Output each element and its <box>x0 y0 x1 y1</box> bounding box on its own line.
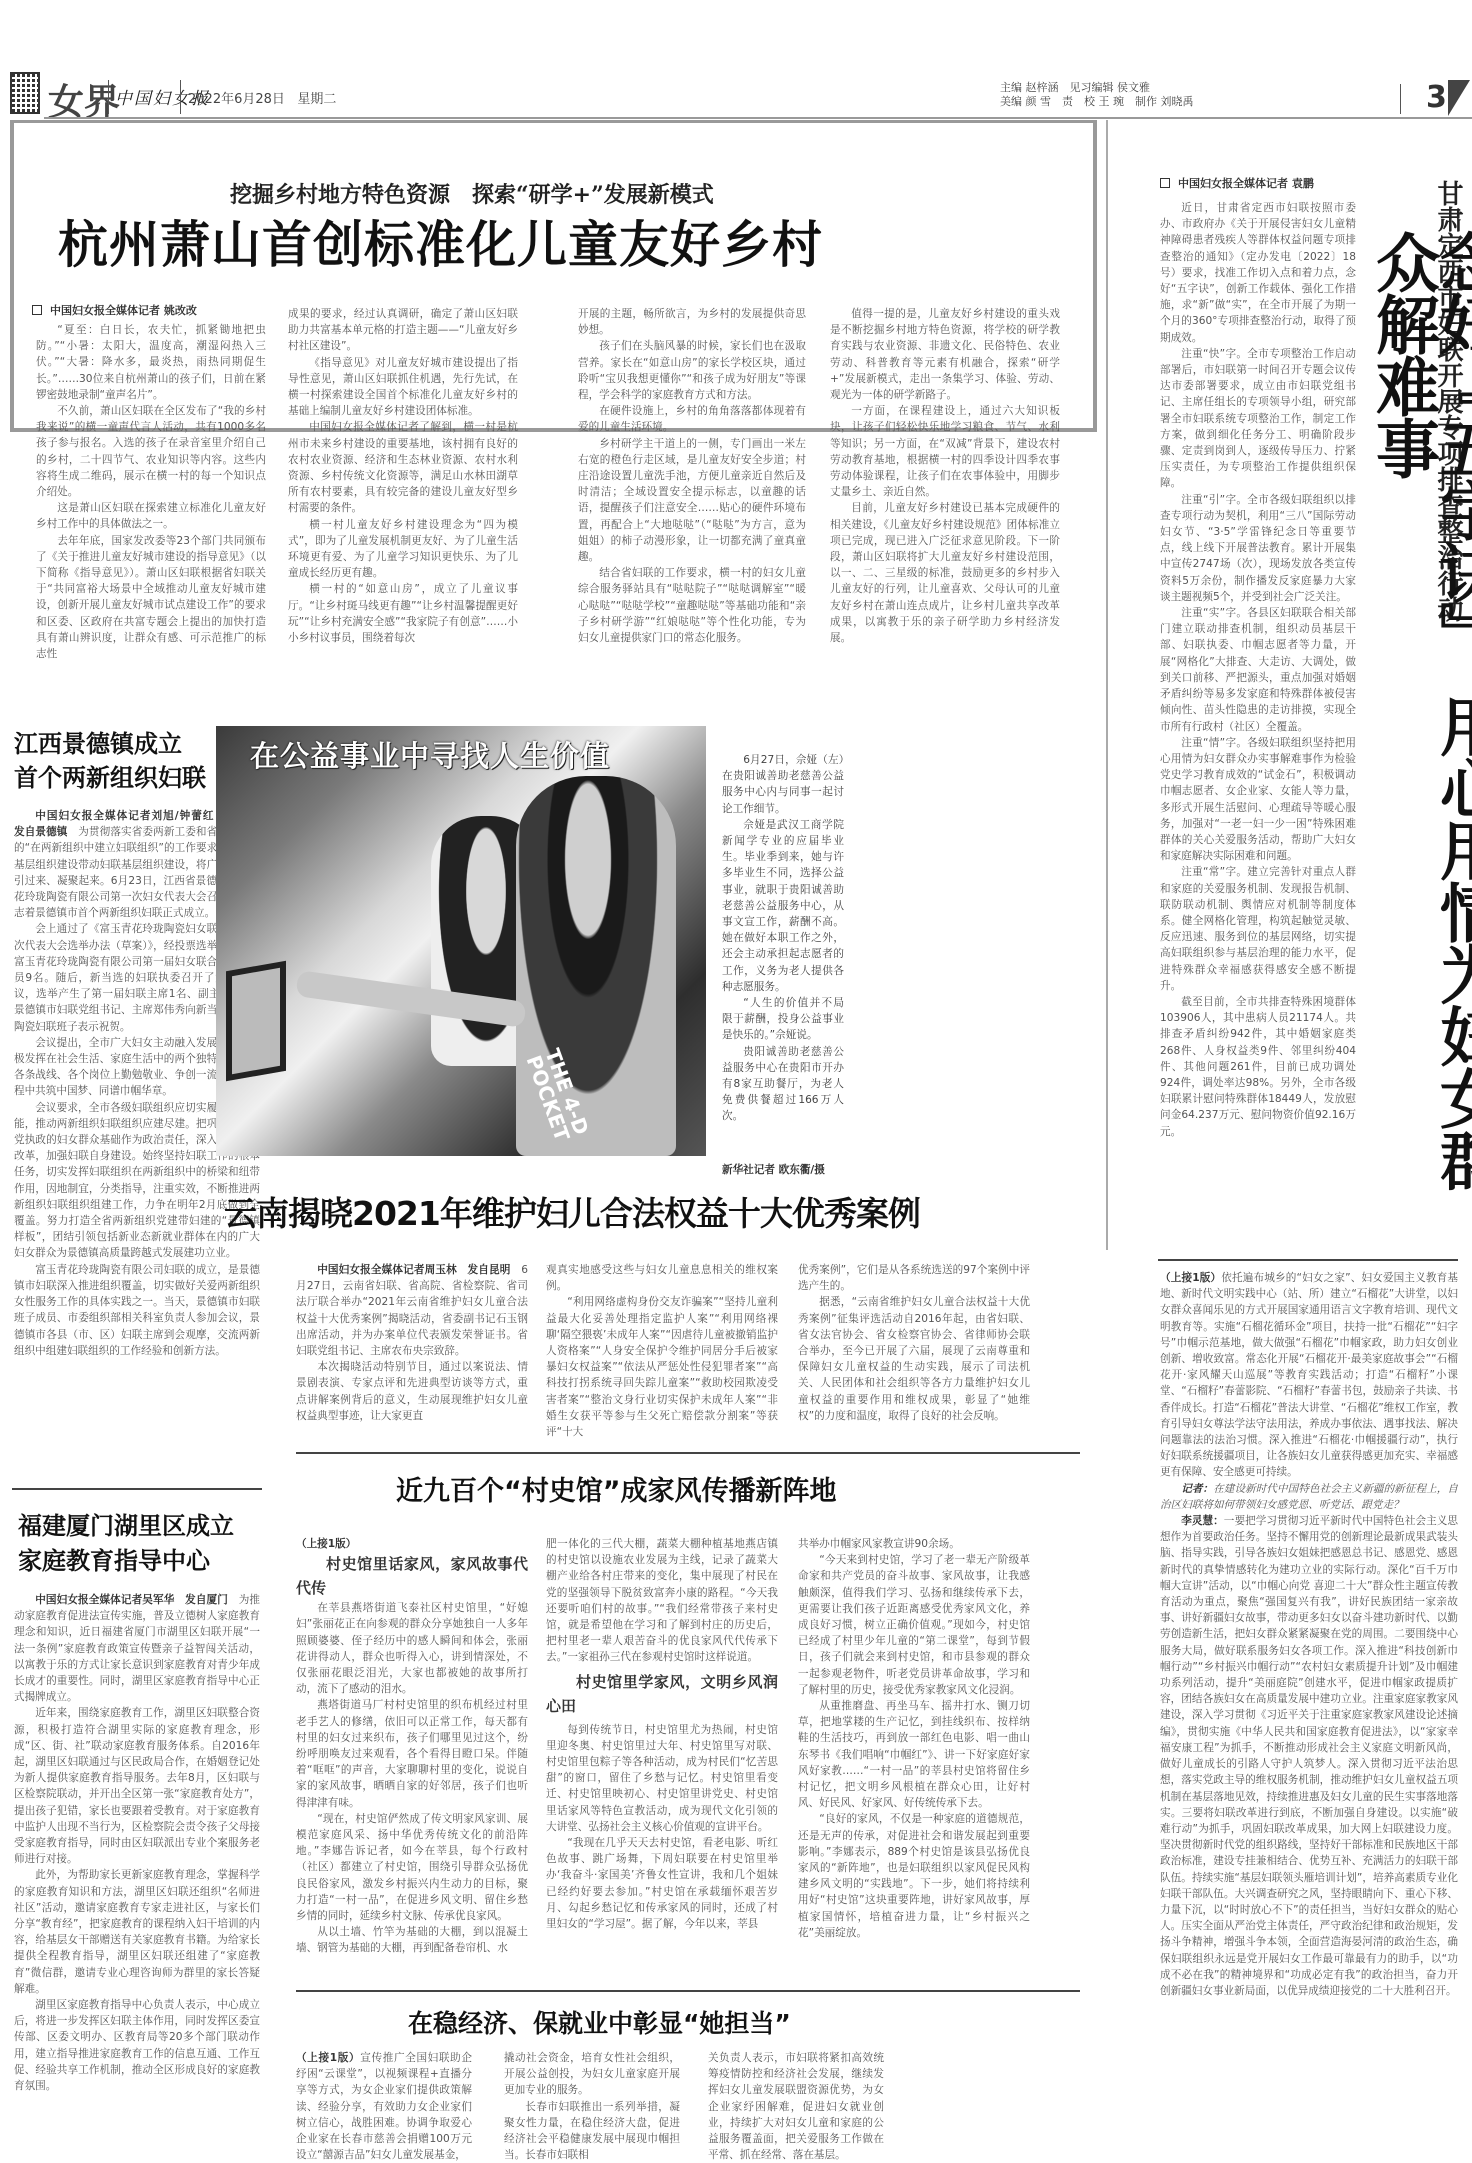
paragraph: 目前，儿童友好乡村建设已基本完成硬件的相关建设，《儿童友好乡村建设规范》团体标准… <box>830 500 1060 646</box>
section-divider <box>12 1488 262 1490</box>
continued-label: （上接1版） <box>296 1536 528 1552</box>
question-label: 记者： <box>1181 1483 1213 1495</box>
credits-line-2: 美编 颜 雪 责 校 王 琬 制作 刘晓禹 <box>1000 95 1193 109</box>
issue-date: 2022年6月28日 星期二 <box>188 88 336 107</box>
paragraph: 这是萧山区妇联在探索建立标准化儿童友好乡村工作中的具体做法之一。 <box>36 500 266 532</box>
paragraph: 《指导意见》对儿童友好城市建设提出了指导性意见，萧山区妇联抓住机遇，先行先试，在… <box>288 355 518 420</box>
photo-credit: 新华社记者 欧东衢/摄 <box>722 1162 825 1178</box>
village-headline: 近九百个“村史馆”成家风传播新阵地 <box>396 1476 837 1508</box>
paragraph: 宣传推广全国妇联助企纾困“云课堂”，以视频课程+直播分享等方式，为女企业家们提供… <box>296 2052 472 2161</box>
masthead-rule <box>44 117 1472 119</box>
paragraph: 湖里区家庭教育指导中心负责人表示，中心成立后，将进一步发挥区妇联主体作用，同时发… <box>14 1997 260 2094</box>
yunnan-headline: 云南揭晓2021年维护妇儿合法权益十大优秀案例 <box>224 1188 920 1235</box>
paragraph: 一方面，在课程建设上，通过六大知识板块，让孩子们轻松快乐地学习粮食、节气、水利等… <box>830 403 1060 500</box>
masthead-divider <box>1400 84 1401 114</box>
top-article-col-3: 开展的主题，畅所欲言，为乡村的发展提供奇思妙想。 孩子们在头脑风暴的时候，家长们… <box>578 306 806 646</box>
changchun-headline: 在稳经济、保就业中彰显“她担当” <box>408 2008 791 2040</box>
village-col-2: 肥一体化的三代大棚，蔬菜大棚种植基地燕店镇的村史馆以设施农业发展为主线，记录了蔬… <box>546 1536 778 1932</box>
top-article-col-4: 值得一提的是，儿童友好乡村建设的重头戏是不断挖掘乡村地方特色资源，将学校的研学教… <box>830 306 1060 646</box>
section-divider <box>296 1452 1080 1454</box>
byline-box-icon <box>1160 178 1170 188</box>
paragraph: 佘娅是武汉工商学院新闻学专业的应届毕业生。毕业季到来，她与许多毕业生不同，选择公… <box>722 817 844 995</box>
paragraph: 长春市妇联推出一系列举措，凝聚女性力量，在稳住经济大盘，促进经济社会平稳健康发展… <box>504 2099 680 2163</box>
yunnan-col-1: 中国妇女报全媒体记者周玉林 发自昆明 6月27日，云南省妇联、省高院、省检察院、… <box>296 1262 528 1424</box>
paragraph: 从以土墙、竹竿为基础的大棚，到以混凝土墙、钢管为基础的大棚，再到配备卷帘机、水 <box>296 1924 528 1956</box>
paragraph: “良好的家风，不仅是一种家庭的道德规范，还是无声的传承，对促进社会和谐发展起到重… <box>798 1811 1030 1941</box>
fujian-article-body: 中国妇女报全媒体记者吴军华 发自厦门 为推动家庭教育促进法宣传实施，普及立德树人… <box>14 1592 260 2094</box>
paragraph: 此外，为帮助家长更新家庭教育理念，掌握科学的家庭教育知识和方法，湖里区妇联还组织… <box>14 1867 260 1997</box>
paragraph: 据悉，“云南省维护妇女儿童合法权益十大优秀案例”征集评选活动自2016年起，由省… <box>798 1294 1030 1424</box>
fujian-headline-line1: 福建厦门湖里区成立 <box>18 1510 234 1542</box>
paragraph: 富玉青花玲珑陶瓷有限公司妇联的成立，是景德镇市妇联深入推进组织覆盖，切实做好关爱… <box>14 1262 260 1359</box>
masthead-divider <box>108 80 109 114</box>
village-col-1: （上接1版） 村史馆里话家风，家风故事代代传 在莘县燕塔街道飞泰社区村史馆里，“… <box>296 1536 528 1957</box>
yunnan-lead: 中国妇女报全媒体记者周玉林 发自昆明 <box>317 1264 510 1276</box>
editor-credits: 主编 赵梓涵 见习编辑 侯文雅 美编 颜 雪 责 校 王 琬 制作 刘晓禹 <box>1000 81 1193 109</box>
paragraph: 关负责人表示，市妇联将紧扣高效统筹疫情防控和经济社会发展，继续发挥妇女儿童发展联… <box>708 2050 884 2163</box>
paragraph: “我现在几乎天天去村史馆，看老电影、听红色故事、跳广场舞，下周妇联要在村史馆里举… <box>546 1835 778 1932</box>
continued-label: （上接1版） <box>1160 1272 1221 1284</box>
right-article-headline: 念好『五字诀』，用心用情为妇女群众解难事 <box>1370 230 1472 1230</box>
paragraph: 注重“情”字。各级妇联组织坚持把用心用情为妇女群众办实事解难事作为检验党史学习教… <box>1160 735 1356 865</box>
byline-text: 中国妇女报全媒体记者 姚改改 <box>50 304 197 317</box>
answer-label: 李灵慧： <box>1181 1515 1224 1527</box>
village-subhead-1: 村史馆里话家风，家风故事代代传 <box>296 1552 528 1600</box>
jiangxi-headline-line1: 江西景德镇成立 <box>14 728 182 760</box>
paragraph: 值得一提的是，儿童友好乡村建设的重头戏是不断挖掘乡村地方特色资源，将学校的研学教… <box>830 306 1060 403</box>
continued-label: （上接1版） <box>296 2052 360 2064</box>
jiangxi-headline-line2: 首个两新组织妇联 <box>14 762 206 794</box>
qr-code-icon <box>10 72 40 114</box>
weekday-text: 星期二 <box>297 92 336 107</box>
top-article-col-1: “夏至：白日长，农夫忙，抓紧锄地把虫防。”“小暑：太阳大，温度高，潮湿闷热入三伏… <box>36 322 266 662</box>
photo-title: 在公益事业中寻找人生价值 <box>250 734 610 775</box>
top-article-headline: 杭州萧山首创标准化儿童友好乡村 <box>58 205 823 277</box>
paragraph: 每到传统节日，村史馆里尤为热闹，村史馆里迎冬奥、村史馆里过大年、村史馆里写对联、… <box>546 1722 778 1835</box>
paragraph: “现在，村史馆俨然成了传文明家风家训、展模范家庭风采、扬中华优秀传统文化的前沿阵… <box>296 1811 528 1924</box>
news-photo: THE 4-D POCKET 在公益事业中寻找人生价值 <box>216 726 706 1156</box>
paragraph: 本次揭晓活动特别节目，通过以案说法、情景剧表演、专家点评和先进典型访谈等方式，重… <box>296 1359 528 1424</box>
xinjiang-continued-body: （上接1版）依托遍布城乡的“妇女之家”、妇女爱国主义教育基地、新时代文明实践中心… <box>1160 1270 1458 1999</box>
byline-text: 中国妇女报全媒体记者 袁鹏 <box>1178 177 1314 190</box>
fujian-headline-line2: 家庭教育指导中心 <box>18 1545 210 1577</box>
paragraph: 不久前，萧山区妇联在全区发布了“我的乡村我来说”的横一童声代言人活动，共有100… <box>36 403 266 500</box>
paragraph: 近日，甘肃省定西市妇联按照市委办、市政府办《关于开展侵害妇女儿童精神障碍患者残疾… <box>1160 200 1356 346</box>
photo-picture-frame <box>226 961 286 1082</box>
paragraph: “人生的价值并不局限于薪酬，投身公益事业是快乐的。”佘娅说。 <box>722 995 844 1044</box>
top-article-byline: 中国妇女报全媒体记者 姚改改 <box>32 302 197 318</box>
paragraph: 注重“引”字。全市各级妇联组织以排查专项行动为契机，利用“三八”国际劳动妇女节、… <box>1160 492 1356 605</box>
credits-line-1: 主编 赵梓涵 见习编辑 侯文雅 <box>1000 81 1193 95</box>
section-divider <box>1158 1259 1458 1261</box>
paragraph: 近年来，围绕家庭教育工作，湖里区妇联整合资源，积极打造符合湖里实际的家庭教育理念… <box>14 1705 260 1867</box>
section-divider <box>296 1990 1080 1992</box>
paragraph: 注重“常”字。建立完善针对重点人群和家庭的关爱服务机制、发现报告机制、联防联动机… <box>1160 864 1356 994</box>
paragraph: 在莘县燕塔街道飞泰社区村史馆里，“好媳妇”张丽花正在向参观的群众分享她独自一人多… <box>296 1600 528 1697</box>
masthead-divider <box>180 80 181 114</box>
byline-box-icon <box>32 305 42 315</box>
yunnan-col-2: 观真实地感受这些与妇女儿童息息相关的维权案例。 “利用网络虚构身份交友诈骗案”“… <box>546 1262 778 1440</box>
paragraph: 成果的要求，经过认真调研，确定了萧山区妇联助力共富基本单元格的打造主题——“儿童… <box>288 306 518 355</box>
right-column-rule <box>1106 120 1108 1250</box>
paragraph: 结合省妇联的工作要求，横一村的妇女儿童综合服务驿站具有“哒哒院子”“哒哒调解室”… <box>578 565 806 646</box>
paragraph: 注重“快”字。全市专项整治工作启动部署后，市妇联第一时间召开专题会议传达市委部署… <box>1160 346 1356 492</box>
paragraph: 6月27日，佘娅（左）在贵阳诚善助老慈善公益服务中心内与同事一起讨论工作细节。 <box>722 752 844 817</box>
changchun-col-3: 关负责人表示，市妇联将紧扣高效统筹疫情防控和经济社会发展，继续发挥妇女儿童发展联… <box>708 2050 884 2163</box>
paragraph: 共举办巾帼家风家教宣讲90余场。 <box>798 1536 1030 1552</box>
yunnan-col-3: 优秀案例”，它们是从各系统选送的97个案例中评选产生的。 据悉，“云南省维护妇女… <box>798 1262 1030 1424</box>
paragraph: 依托遍布城乡的“妇女之家”、妇女爱国主义教育基地、新时代文明实践中心（站、所）建… <box>1160 1272 1458 1478</box>
page-number: 3 <box>1426 80 1447 115</box>
changchun-col-1: （上接1版）宣传推广全国妇联助企纾困“云课堂”，以视频课程+直播分享等方式，为女… <box>296 2050 472 2163</box>
changchun-col-2: 撬动社会资金，培育女性社会组织，开展公益创投，为妇女儿童家庭开展更加专业的服务。… <box>504 2050 680 2163</box>
right-article-byline: 中国妇女报全媒体记者 袁鹏 <box>1160 175 1314 191</box>
paragraph: “夏至：白日长，农夫忙，抓紧锄地把虫防。”“小暑：太阳大，温度高，潮湿闷热入三伏… <box>36 322 266 403</box>
photo-caption: 6月27日，佘娅（左）在贵阳诚善助老慈善公益服务中心内与同事一起讨论工作细节。 … <box>722 752 844 1125</box>
paragraph: 从重推磨盘、再坐马车、摇井打水、铡刀切草，把地掌耧的生产记忆，到挂线织布、按样纳… <box>798 1698 1030 1811</box>
answer-text: 一要把学习贯彻习近平新时代中国特色社会主义思想作为首要政治任务。坚持不懈用党的创… <box>1160 1515 1458 1997</box>
fujian-lead: 中国妇女报全媒体记者吴军华 发自厦门 <box>35 1594 228 1606</box>
paragraph: 乡村研学主干道上的一侧，专门画出一米左右宽的橙色行走区域，是儿童友好安全步道；村… <box>578 436 806 566</box>
paragraph: 在硬件设施上，乡村的角角落落都体现着有爱的儿童生活环境。 <box>578 403 806 435</box>
paragraph: “利用网络虚构身份交友诈骗案”“坚持儿童利益最大化妥善处理指定监护人案”“利用网… <box>546 1294 778 1440</box>
paragraph: 贵阳诚善助老慈善公益服务中心在贵阳市开办有8家互助餐厅，为老人免费供餐超过166… <box>722 1044 844 1125</box>
village-col-3: 共举办巾帼家风家教宣讲90余场。 “今天来到村史馆，学习了老一辈无产阶级革命家和… <box>798 1536 1030 1941</box>
paragraph: 撬动社会资金，培育女性社会组织，开展公益创投，为妇女儿童家庭开展更加专业的服务。 <box>504 2050 680 2099</box>
paragraph: 为推动家庭教育促进法宣传实施，普及立德树人家庭教育理念和知识，近日福建省厦门市湖… <box>14 1594 260 1703</box>
paragraph: 横一村的“如意山房”，成立了儿童议事厅。“让乡村斑马线更有趣”“让乡村温馨提醒更… <box>288 581 518 646</box>
page-corner-triangle-icon <box>1448 80 1470 116</box>
paragraph: 注重“实”字。各县区妇联联合相关部门建立联动排查机制，组织动员基层干部、妇联执委… <box>1160 605 1356 735</box>
right-article-body: 近日，甘肃省定西市妇联按照市委办、市政府办《关于开展侵害妇女儿童精神障碍患者残疾… <box>1160 200 1356 1140</box>
village-subhead-2: 村史馆里学家风，文明乡风润心田 <box>546 1670 778 1718</box>
paragraph: 开展的主题，畅所欲言，为乡村的发展提供奇思妙想。 <box>578 306 806 338</box>
paragraph: 去年年底，国家发改委等23个部门共同颁布了《关于推进儿童友好城市建设的指导意见》… <box>36 533 266 663</box>
paragraph: 横一村儿童友好乡村建设理念为“四为模式”，即为了儿童发展机制更友好、为了儿童生活… <box>288 517 518 582</box>
date-text: 2022年6月28日 <box>188 92 285 107</box>
paragraph: 优秀案例”，它们是从各系统选送的97个案例中评选产生的。 <box>798 1262 1030 1294</box>
paragraph: 6月27日，云南省妇联、省高院、省检察院、省司法厅联合举办“2021年云南省维护… <box>296 1264 528 1357</box>
top-article-col-2: 成果的要求，经过认真调研，确定了萧山区妇联助力共富基本单元格的打造主题——“儿童… <box>288 306 518 646</box>
paragraph: 燕塔街道马厂村村史馆里的织布机经过村里老手艺人的修缮，依旧可以正常工作，每天都有… <box>296 1697 528 1810</box>
paragraph: “今天来到村史馆，学习了老一辈无产阶级革命家和共产党员的奋斗故事、家风故事，让我… <box>798 1552 1030 1698</box>
paragraph: 截至目前，全市共排查特殊困境群体103906人，其中患病人员21174人。共排查… <box>1160 994 1356 1140</box>
paragraph: 观真实地感受这些与妇女儿童息息相关的维权案例。 <box>546 1262 778 1294</box>
paragraph: 孩子们在头脑风暴的时候，家长们也在汲取营养。家长在“如意山房”的家长学校区块，通… <box>578 338 806 403</box>
paragraph: 中国妇女报全媒体记者了解到，横一村是杭州市未来乡村建设的重要基地，该村拥有良好的… <box>288 419 518 516</box>
paragraph: 肥一体化的三代大棚，蔬菜大棚种植基地燕店镇的村史馆以设施农业发展为主线，记录了蔬… <box>546 1536 778 1666</box>
